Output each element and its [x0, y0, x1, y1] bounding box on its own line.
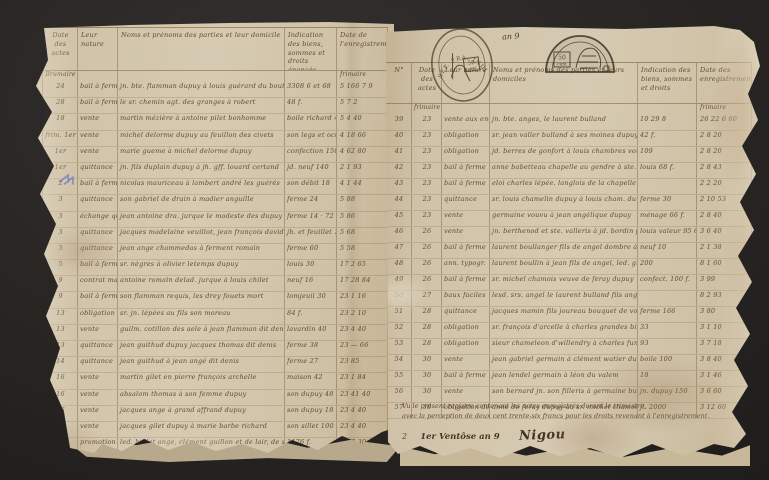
ledger-cell-nature: quittance — [78, 228, 118, 243]
photographed-register-scene: Date des actes Leur nature Noms et préno… — [0, 0, 769, 480]
ledger-cell-nature: bail à ferme — [78, 98, 118, 113]
ledger-cell-names: jacques madelaine veuillot, jean françoi… — [118, 228, 285, 243]
ledger-cell-names: jacques mamin fils joureau bouquet de vo… — [490, 307, 638, 322]
ledger-cell-date: 23 — [412, 179, 442, 194]
ledger-cell-reg: 2 8 20 — [697, 131, 752, 146]
ledger-cell-nature: contrat mar. — [78, 276, 118, 291]
ledger-cell-sums: 18 — [638, 371, 697, 386]
ledger-cell-names: son gabriel de drain à madier anguille — [118, 195, 285, 210]
ledger-cell-date: 5 — [43, 260, 78, 275]
left-table-header: Date des actes Leur nature Noms et préno… — [18, 28, 388, 71]
ledger-cell-date: 28 — [412, 307, 442, 322]
ledger-cell-nature: quittance — [78, 341, 118, 356]
registrar-signature: Nigou — [519, 427, 566, 444]
ledger-cell-sums: 10 29 8 — [638, 115, 697, 130]
ledger-cell-sums: ferme 38 — [285, 341, 337, 356]
ledger-row: 4023obligationsr. jean valler bulland à … — [386, 131, 752, 147]
svg-text:REP. FRA. INDIV.: REP. FRA. INDIV. — [425, 22, 488, 81]
ledger-row: 4423quittancesr. louis chamelin dupuy à … — [386, 195, 752, 211]
ledger-cell-nature: bail à ferme — [442, 243, 490, 258]
ledger-cell-names: jacques gilet dupuy à marie barbe richar… — [118, 422, 285, 437]
ledger-cell-no: 18 — [18, 114, 43, 129]
ledger-cell-no: 16 — [18, 82, 43, 97]
ledger-cell-date: 23 — [412, 211, 442, 226]
ledger-row: 3616ventejacques ange à grand affrand du… — [18, 406, 388, 422]
ledger-cell-sums: ferme 14 · 72 — [285, 212, 337, 227]
ledger-cell-date: 14 — [43, 357, 78, 372]
ledger-cell-reg: 5 7 2 — [337, 98, 388, 113]
ledger-cell-sums: ménage 66 f. — [638, 211, 697, 226]
ledger-cell-no: 55 — [386, 371, 412, 386]
ledger-cell-sums: 84 f. — [285, 309, 337, 324]
ledger-cell-nature: quittance — [78, 357, 118, 372]
ledger-cell-no: 23 — [18, 195, 43, 210]
ledger-cell-names: antoine romain delad. jurque à louis chi… — [118, 276, 285, 291]
ledger-cell-names: sr. jn. lépées au fils son moreau — [118, 309, 285, 324]
ledger-cell-names: sr. louis chamelin dupuy à louis cham. d… — [490, 195, 638, 210]
ledger-cell-nature: quittance — [78, 163, 118, 178]
ledger-cell-names: jean guithud à jean angé dit denis — [118, 357, 285, 372]
ledger-cell-nature: obligation — [442, 323, 490, 338]
closing-note: Vu le présent registre contenant les act… — [402, 402, 742, 443]
ledger-cell-names: marie gueme à michel delorme dupuy — [118, 147, 285, 162]
ledger-cell-reg: 23 2 10 — [337, 309, 388, 324]
ledger-cell-sums: louis 30 — [285, 260, 337, 275]
header-registration: Date de l'enregistrement — [337, 28, 388, 70]
ledger-cell-reg: 2 1 93 — [337, 163, 388, 178]
ledger-cell-sums: 93 — [638, 339, 697, 354]
ledger-cell-no: 39 — [386, 115, 412, 130]
ledger-cell-reg: 23 4 40 — [337, 325, 388, 340]
ledger-cell-names: martin mézière à antoine pilet bonhomme — [118, 114, 285, 129]
ledger-cell-sums: neuf 16 — [285, 276, 337, 291]
ledger-cell-nature: vente — [78, 422, 118, 437]
ledger-cell-date: 23 — [412, 163, 442, 178]
ledger-cell-sums: son legs et oct. 1836 — [285, 131, 337, 146]
ledger-cell-date: 26 — [412, 275, 442, 290]
month-label: Brumaire — [43, 71, 78, 82]
ledger-cell-no: 32 — [18, 341, 43, 356]
ledger-cell-date: 16 — [43, 406, 78, 421]
ledger-cell-nature: vente — [78, 147, 118, 162]
ledger-cell-date: 16 — [43, 373, 78, 388]
ledger-cell-reg: 23 1 16 — [337, 292, 388, 307]
ledger-cell-no: 36 — [18, 406, 43, 421]
ledger-cell-names: son bernard jn. son filleris à germaine … — [490, 387, 638, 402]
ledger-cell-no: 26 — [18, 260, 43, 275]
register-left-page: Date des actes Leur nature Noms et préno… — [10, 20, 394, 465]
ledger-row: 5430ventejean gabriel germain à clément … — [386, 355, 752, 371]
ledger-row: 4223bail à fermeanne babetteau chapelle … — [386, 163, 752, 179]
ledger-cell-no: 42 — [386, 163, 412, 178]
ledger-row: 3314quittancejean guithud à jean angé di… — [18, 357, 388, 373]
ledger-cell-nature: vente — [78, 390, 118, 405]
ledger-cell-reg: 4 62 80 — [337, 147, 388, 162]
ledger-row: 5128quittancejacques mamin fils joureau … — [386, 307, 752, 323]
ledger-row: 279contrat mar.antoine romain delad. jur… — [18, 276, 388, 292]
ledger-cell-date: 26 — [412, 227, 442, 242]
ledger-cell-date: 18 — [43, 114, 78, 129]
ledger-cell-date: 13 — [43, 341, 78, 356]
ledger-cell-reg: 5 58 — [337, 244, 388, 259]
ledger-cell-date: 9 — [43, 276, 78, 291]
ledger-cell-date: 26 — [412, 243, 442, 258]
ledger-cell-reg: 23 4 40 — [337, 422, 388, 437]
ledger-cell-reg: 3 7 18 — [697, 339, 752, 354]
ledger-cell-sums: lomjeuil 30 — [285, 292, 337, 307]
ledger-cell-sums: son dupuy 48 — [285, 390, 337, 405]
ledger-cell-nature: vente — [442, 387, 490, 402]
ledger-cell-date: 28 — [412, 339, 442, 354]
ledger-row: 1624bail à fermejn. bte. flamman dupuy à… — [18, 82, 388, 98]
header-nature: Leur nature — [78, 28, 118, 70]
ledger-cell-no: 33 — [18, 357, 43, 372]
ledger-cell-sums: ferme 166 — [638, 307, 697, 322]
ledger-cell-names: anne babetteau chapelle au gendre à ste.… — [490, 163, 638, 178]
ledger-cell-sums: boile 100 — [638, 355, 697, 370]
ledger-cell-no: 23 — [18, 212, 43, 227]
ledger-row: 4323bail à fermeeloi charles lépée. lang… — [386, 179, 752, 195]
ledger-row: 5630venteson bernard jn. son filleris à … — [386, 387, 752, 403]
closing-note-line2: avec la perception de deux cent trente-s… — [402, 412, 742, 422]
ledger-cell-no: 20 — [18, 147, 43, 162]
ledger-cell-date: 1er — [43, 147, 78, 162]
ledger-cell-reg: 5 166 7 9 — [337, 82, 388, 97]
ledger-cell-no: 28 — [18, 292, 43, 307]
ledger-cell-reg: 3 99 — [697, 275, 752, 290]
ledger-cell-sums: neuf 10 — [638, 243, 697, 258]
header-no: N° — [386, 63, 412, 103]
ledger-cell-names: michel delorme dupuy au feuillon des civ… — [118, 131, 285, 146]
ledger-cell-sums: son dupuy 18 — [285, 406, 337, 421]
ledger-row: 3416ventemartin gilet en pierre françois… — [18, 373, 388, 389]
ledger-cell-names: absalom thomas à son femme dupuy — [118, 390, 285, 405]
ledger-cell-nature: ann. typogr. — [442, 259, 490, 274]
ledger-cell-nature: obligation — [78, 309, 118, 324]
ledger-cell-sums: louis 68 f. — [638, 163, 697, 178]
revenue-stamp-oval-icon: REP. FRA. INDIV. 50 cent — [425, 22, 498, 107]
ledger-cell-sums: 48 f. — [285, 98, 337, 113]
ledger-cell-names: nicolas mauriceau à lambert andré les gu… — [118, 179, 285, 194]
ledger-row: 201erventemarie gueme à michel delorme d… — [18, 147, 388, 163]
ledger-cell-no: 25 — [18, 244, 43, 259]
ledger-cell-sums: boile richard 40 — [285, 114, 337, 129]
ledger-cell-reg: 3 80 — [697, 307, 752, 322]
ledger-cell-sums: confect. 100 f. — [638, 275, 697, 290]
month-row: Brumaire frimaire — [18, 71, 388, 82]
ledger-row: 3213quittancejean guithud dupuy jacques … — [18, 341, 388, 357]
ledger-cell-nature: bail à ferme — [442, 179, 490, 194]
ledger-cell-nature: obligation — [442, 131, 490, 146]
ledger-cell-no: 56 — [386, 387, 412, 402]
closing-date: 1er Ventôse an 9 — [420, 432, 499, 442]
ledger-cell-nature: obligation — [442, 339, 490, 354]
ledger-row: 4123obligationjd. berres de gonfort à lo… — [386, 147, 752, 163]
ledger-cell-no: 45 — [386, 211, 412, 226]
ledger-cell-nature: quittance — [442, 307, 490, 322]
ledger-cell-reg: 3 6 60 — [697, 387, 752, 402]
ledger-cell-sums: 3308 6 et 68 — [285, 82, 337, 97]
ledger-cell-names: jacques ange à grand affrand dupuy — [118, 406, 285, 421]
ledger-cell-no: 22 — [18, 179, 43, 194]
ledger-cell-sums — [638, 291, 697, 306]
ledger-cell-nature: obligation — [442, 147, 490, 162]
ledger-cell-date: 24 — [43, 82, 78, 97]
ledger-row: 2913obligationsr. jn. lépées au fils son… — [18, 309, 388, 325]
header-date: Date des actes — [43, 28, 78, 70]
ledger-cell-no: 24 — [18, 228, 43, 243]
ledger-cell-sums: 200 — [638, 259, 697, 274]
ledger-cell-names: le sr. chemin agt. des granges à robert — [118, 98, 285, 113]
ledger-cell-names: jn. berthenod et ste. valleris à jd. bor… — [490, 227, 638, 242]
ledger-cell-date: 17 — [43, 422, 78, 437]
svg-text:cent: cent — [557, 62, 567, 68]
ledger-row: 289bail à fermeson flamman requis, les d… — [18, 292, 388, 308]
ledger-cell-sums: ferme 30 — [638, 195, 697, 210]
ledger-cell-sums: son débit 18 — [285, 179, 337, 194]
ledger-cell-sums: 109 — [638, 147, 697, 162]
ledger-cell-nature: vente — [442, 211, 490, 226]
ledger-cell-names: sr. nègres à olivier letemps dupuy — [118, 260, 285, 275]
ledger-cell-reg: 23 — 66 — [337, 341, 388, 356]
ledger-cell-date: 23 — [412, 195, 442, 210]
ledger-cell-no: 47 — [386, 243, 412, 258]
ledger-cell-no: 27 — [18, 276, 43, 291]
ledger-row: 4826ann. typogr.laurent boullin à jean f… — [386, 259, 752, 275]
ledger-cell-reg: 5 68 — [337, 228, 388, 243]
ledger-cell-names: laurent boullanger fils de angel dombre … — [490, 243, 638, 258]
ledger-cell-no: 44 — [386, 195, 412, 210]
ledger-row: 253quittancejean ange chammedas à fermen… — [18, 244, 388, 260]
header-names: Noms et prénoms des parties et leur domi… — [118, 28, 285, 70]
ledger-cell-reg: 2 8 40 — [697, 211, 752, 226]
ledger-cell-nature: bail à ferme — [442, 371, 490, 386]
ledger-cell-names: jd. berres de gonfort à louis chambres v… — [490, 147, 638, 162]
ledger-cell-no: 19 — [18, 131, 43, 146]
ledger-cell-names: son flamman requis, les drey fouets mort — [118, 292, 285, 307]
ledger-cell-date: 27 — [412, 291, 442, 306]
right-ledger-table: N° Date des actes Leur nature Noms et pr… — [386, 62, 752, 419]
ledger-cell-no: 51 — [386, 307, 412, 322]
ledger-cell-no: 54 — [386, 355, 412, 370]
ledger-cell-no: 29 — [18, 309, 43, 324]
ledger-cell-reg: 23 4 40 — [337, 406, 388, 421]
ledger-cell-names: laurent boullin à jean fils de angel, le… — [490, 259, 638, 274]
ledger-cell-sums: jd. neuf 140 — [285, 163, 337, 178]
ledger-row: 3516venteabsalom thomas à son femme dupu… — [18, 390, 388, 406]
svg-text:50: 50 — [558, 55, 566, 62]
ledger-cell-names: guilm. cotillon des aele à jean flamman … — [118, 325, 285, 340]
ledger-cell-sums: louis valeur 95 60 — [638, 227, 697, 242]
handwritten-annotation: an 9 — [502, 31, 520, 41]
ledger-cell-reg: 4 1 44 — [337, 179, 388, 194]
ledger-cell-names: sr. jean valler bulland à ses moines dup… — [490, 131, 638, 146]
ledger-cell-sums: 42 f. — [638, 131, 697, 146]
ledger-cell-sums: son sillet 100 — [285, 422, 337, 437]
ledger-cell-names: jean guithud dupuy jacques thomas dit de… — [118, 341, 285, 356]
ledger-cell-date: 3 — [43, 244, 78, 259]
ledger-cell-reg: 4 18 66 — [337, 131, 388, 146]
ledger-row: 243quittancejacques madelaine veuillot, … — [18, 228, 388, 244]
ledger-cell-date: 3 — [43, 228, 78, 243]
ledger-cell-date: frim. 1er — [43, 131, 78, 146]
ledger-row: 3113venteguilm. cotillon des aele à jean… — [18, 325, 388, 341]
ledger-cell-names: lesd. srs. angel le laurent bulland fils… — [490, 291, 638, 306]
ledger-row: 233échange quitt.jean antoine dra. jurqu… — [18, 212, 388, 228]
ledger-cell-sums — [638, 179, 697, 194]
ledger-cell-sums: 33 — [638, 323, 697, 338]
ledger-cell-nature: bail à ferme — [78, 260, 118, 275]
ledger-cell-reg: 23 41 40 — [337, 390, 388, 405]
ledger-cell-reg: 17 2 65 — [337, 260, 388, 275]
ledger-cell-reg: 5 4 40 — [337, 114, 388, 129]
ledger-cell-date: 23 — [412, 131, 442, 146]
ledger-cell-date: 9 — [43, 292, 78, 307]
ledger-cell-no: 52 — [386, 323, 412, 338]
closing-note-line1: Vu le présent registre contenant les act… — [402, 402, 742, 412]
ledger-cell-nature: bail à ferme — [78, 292, 118, 307]
ledger-cell-date: 3 — [43, 212, 78, 227]
ledger-cell-reg: 3 1 46 — [697, 371, 752, 386]
ledger-cell-sums: lavardin 40 — [285, 325, 337, 340]
ledger-cell-reg: 5 88 — [337, 195, 388, 210]
ledger-cell-reg: 26 22 6 60 — [697, 115, 752, 130]
ledger-cell-nature: bail à ferme — [78, 179, 118, 194]
month-label: frimaire — [337, 71, 388, 82]
ledger-cell-nature: vente — [78, 373, 118, 388]
ledger-cell-nature: vente — [78, 131, 118, 146]
ledger-cell-sums: jn. dupuy 150 — [638, 387, 697, 402]
ledger-cell-date: 30 — [412, 355, 442, 370]
ledger-cell-nature: vente — [442, 227, 490, 242]
ledger-cell-sums: jh. et feuillet 150 — [285, 228, 337, 243]
ledger-cell-no: 53 — [386, 339, 412, 354]
ledger-cell-reg: 2 8 20 — [697, 147, 752, 162]
ledger-cell-sums: ferme 24 — [285, 195, 337, 210]
ledger-cell-nature: vente — [78, 325, 118, 340]
header-sums: Indication des biens, sommes et droits — [638, 63, 697, 103]
ledger-cell-date: 26 — [412, 259, 442, 274]
ledger-cell-reg: 3 8 40 — [697, 355, 752, 370]
ledger-cell-date: 28 — [412, 323, 442, 338]
register-right-page: N° Date des actes Leur nature Noms et pr… — [384, 24, 764, 474]
ledger-cell-no: 31 — [18, 325, 43, 340]
ledger-cell-no: 50 — [386, 291, 412, 306]
ledger-row: 3923vente aux enchèresjn. bte. anges, le… — [386, 115, 752, 131]
ledger-cell-no: 34 — [18, 373, 43, 388]
ledger-row: 5027baux facileslesd. srs. angel le laur… — [386, 291, 752, 307]
ledger-cell-date: 3 — [43, 195, 78, 210]
ledger-cell-reg: 3 6 40 — [697, 227, 752, 242]
ledger-cell-reg: 2 1 38 — [697, 243, 752, 258]
ledger-cell-no: 17 — [18, 98, 43, 113]
ledger-cell-reg: 2 2 20 — [697, 179, 752, 194]
ledger-row: 4523ventegermaine vouvu à jean angélique… — [386, 211, 752, 227]
ledger-cell-names: jean lendel germain à léon du valem — [490, 371, 638, 386]
ledger-cell-no: 40 — [386, 131, 412, 146]
margin-number: 2 — [402, 432, 407, 441]
ledger-cell-names: sr. michel chamois veuve de feray dupuy — [490, 275, 638, 290]
ledger-cell-reg: 2 8 43 — [697, 163, 752, 178]
revenue-stamp-half-icon: 50 cent — [542, 28, 618, 74]
ledger-cell-date: 23 — [412, 147, 442, 162]
ledger-cell-reg: 3 1 10 — [697, 323, 752, 338]
ledger-cell-reg: 5 86 — [337, 212, 388, 227]
ledger-cell-nature: quittance — [78, 244, 118, 259]
ledger-cell-names: eloi charles lépée. langlois de la chape… — [490, 179, 638, 194]
ledger-row: 4926bail à fermesr. michel chamois veuve… — [386, 275, 752, 291]
ledger-row: 19frim. 1erventemichel delorme dupuy au … — [18, 131, 388, 147]
ledger-cell-nature: quittance — [442, 195, 490, 210]
ledger-cell-no: 41 — [386, 147, 412, 162]
ledger-cell-sums: confection 1500 — [285, 147, 337, 162]
ledger-cell-sums: ferme 60 — [285, 244, 337, 259]
ledger-cell-names: sr. françois d'arcelle à charles grandes… — [490, 323, 638, 338]
month-label: frimaire — [697, 104, 752, 115]
ledger-cell-names: sieur chameleon d'willendry à charles fu… — [490, 339, 638, 354]
ledger-cell-nature: échange quitt. — [78, 212, 118, 227]
ledger-cell-sums: ferme 27 — [285, 357, 337, 372]
ledger-cell-date: 13 — [43, 325, 78, 340]
ledger-cell-no: 21 — [18, 163, 43, 178]
ledger-cell-date: 28 — [43, 98, 78, 113]
ledger-cell-names: jean ange chammedas à ferment romain — [118, 244, 285, 259]
ledger-row: 5530bail à fermejean lendel germain à lé… — [386, 371, 752, 387]
ledger-cell-names: jn. bte. flamman dupuy à louis guérard d… — [118, 82, 285, 97]
ledger-cell-names: jn. bte. anges, le laurent bulland — [490, 115, 638, 130]
ledger-cell-names: jn. fils duplain dupuy à jh. gff. louard… — [118, 163, 285, 178]
ledger-cell-reg: 23 85 — [337, 357, 388, 372]
ledger-cell-no: 35 — [18, 390, 43, 405]
ledger-row: 5328obligationsieur chameleon d'willendr… — [386, 339, 752, 355]
ledger-row: 1818ventemartin mézière à antoine pilet … — [18, 114, 388, 130]
ledger-cell-nature: baux faciles — [442, 291, 490, 306]
ledger-row: 5228obligationsr. françois d'arcelle à c… — [386, 323, 752, 339]
ledger-cell-no: 37 — [18, 422, 43, 437]
ledger-cell-no: 49 — [386, 275, 412, 290]
header-registration: Date des enregistrements — [697, 63, 752, 103]
ledger-row: 265bail à fermesr. nègres à olivier lete… — [18, 260, 388, 276]
ledger-cell-no: 48 — [386, 259, 412, 274]
ledger-cell-reg: 23 1 84 — [337, 373, 388, 388]
left-ledger-table: Date des actes Leur nature Noms et préno… — [18, 27, 388, 454]
ledger-cell-date: 18 — [43, 438, 78, 453]
ledger-cell-nature: bail à ferme — [442, 275, 490, 290]
ledger-row: 4726bail à fermelaurent boullanger fils … — [386, 243, 752, 259]
ledger-cell-names: germaine vouvu à jean angélique dupuy — [490, 211, 638, 226]
ledger-cell-names: martin gilet en pierre françois archelle — [118, 373, 285, 388]
ledger-row: 3717ventejacques gilet dupuy à marie bar… — [18, 422, 388, 438]
ledger-cell-nature: vente — [78, 406, 118, 421]
ledger-cell-reg: 2 10 53 — [697, 195, 752, 210]
ledger-cell-nature: vente — [78, 114, 118, 129]
ledger-cell-nature: vente aux enchères — [442, 115, 490, 130]
ledger-cell-no: 43 — [386, 179, 412, 194]
ledger-row: 233quittanceson gabriel de drain à madie… — [18, 195, 388, 211]
ledger-cell-names: jean gabriel germain à clément watier du… — [490, 355, 638, 370]
ledger-cell-date: 30 — [412, 387, 442, 402]
ledger-cell-date: 16 — [43, 390, 78, 405]
ledger-cell-date: 30 — [412, 371, 442, 386]
header-no — [18, 28, 43, 70]
ledger-cell-sums: maison 42 — [285, 373, 337, 388]
ledger-cell-date: 13 — [43, 309, 78, 324]
ledger-row: 4626ventejn. berthenod et ste. valleris … — [386, 227, 752, 243]
ledger-cell-names: jean antoine dra. jurque le modeste des … — [118, 212, 285, 227]
ledger-cell-no: 46 — [386, 227, 412, 242]
ledger-cell-no: 38 — [18, 438, 43, 453]
ledger-cell-date: 23 — [412, 115, 442, 130]
